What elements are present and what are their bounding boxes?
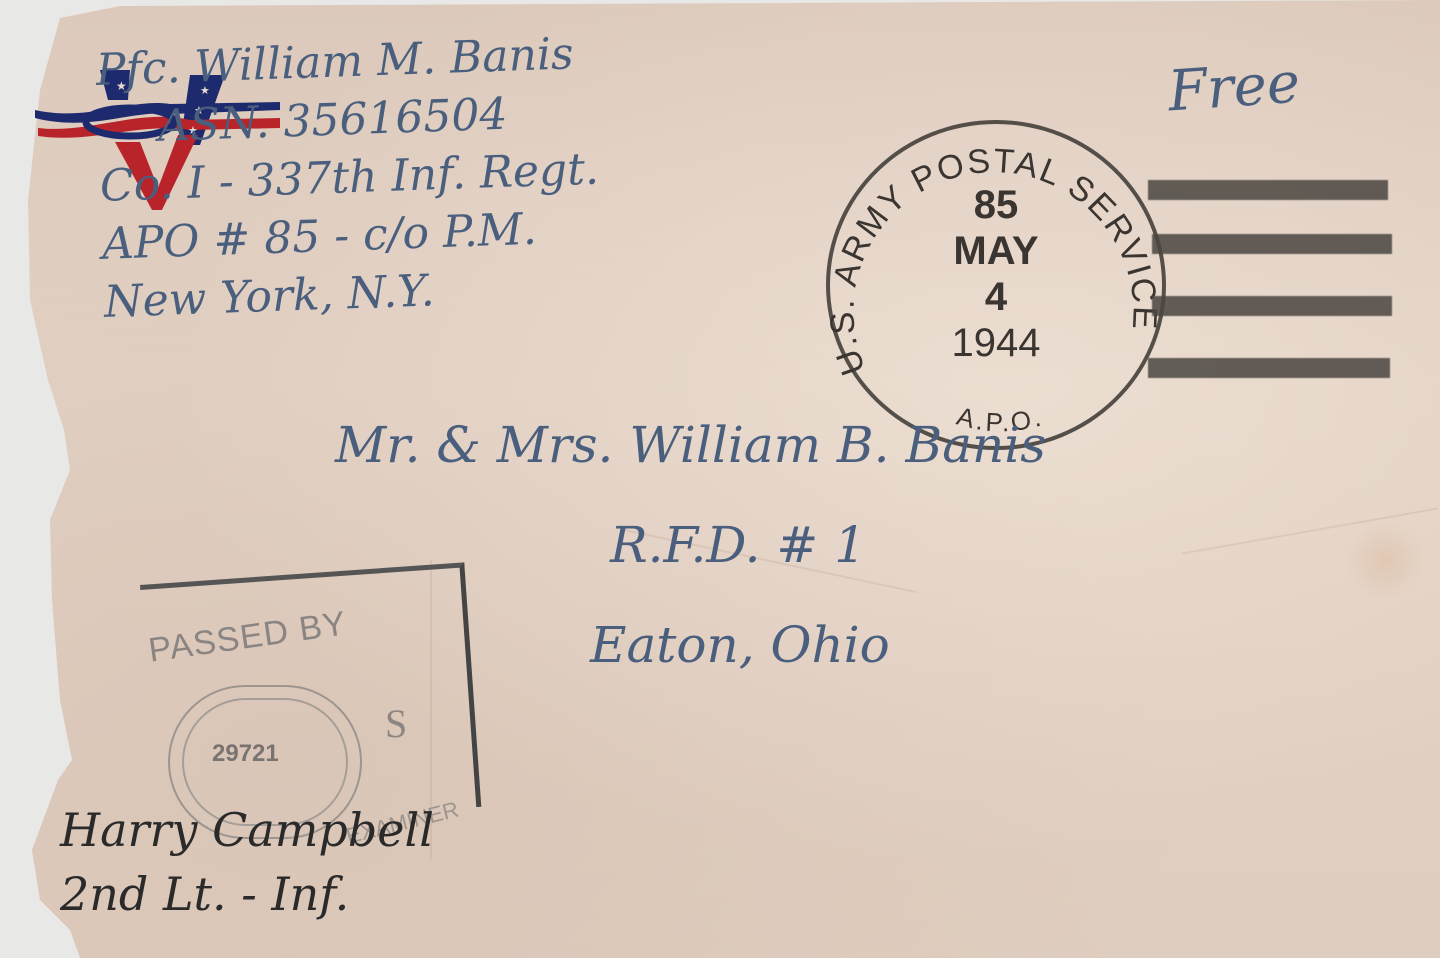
censor-signature-line: Harry Campbell — [60, 798, 434, 862]
killer-bar — [1152, 234, 1392, 254]
postmark-apo-number: 85 — [826, 182, 1166, 228]
killer-bar — [1152, 296, 1392, 316]
postmark-day: 4 — [826, 274, 1166, 320]
return-address: Pfc. William M. Banis ASN. 35616504 Co. … — [95, 25, 604, 332]
killer-bar — [1148, 358, 1390, 378]
postmark-year: 1944 — [826, 320, 1166, 366]
censor-letter: S — [385, 700, 407, 747]
paper-crease — [1182, 507, 1438, 554]
free-frank: Free — [1166, 50, 1302, 124]
censor-signature: Harry Campbell 2nd Lt. - Inf. — [60, 798, 434, 926]
postmark-month: MAY — [826, 228, 1166, 274]
recipient-line: Mr. & Mrs. William B. Banis — [335, 395, 1046, 495]
censor-examiner-number: 29721 — [212, 740, 279, 768]
censor-signature-line: 2nd Lt. - Inf. — [60, 862, 434, 926]
postmark-date: 85 MAY 4 1944 — [826, 182, 1166, 366]
killer-bar — [1148, 180, 1388, 200]
